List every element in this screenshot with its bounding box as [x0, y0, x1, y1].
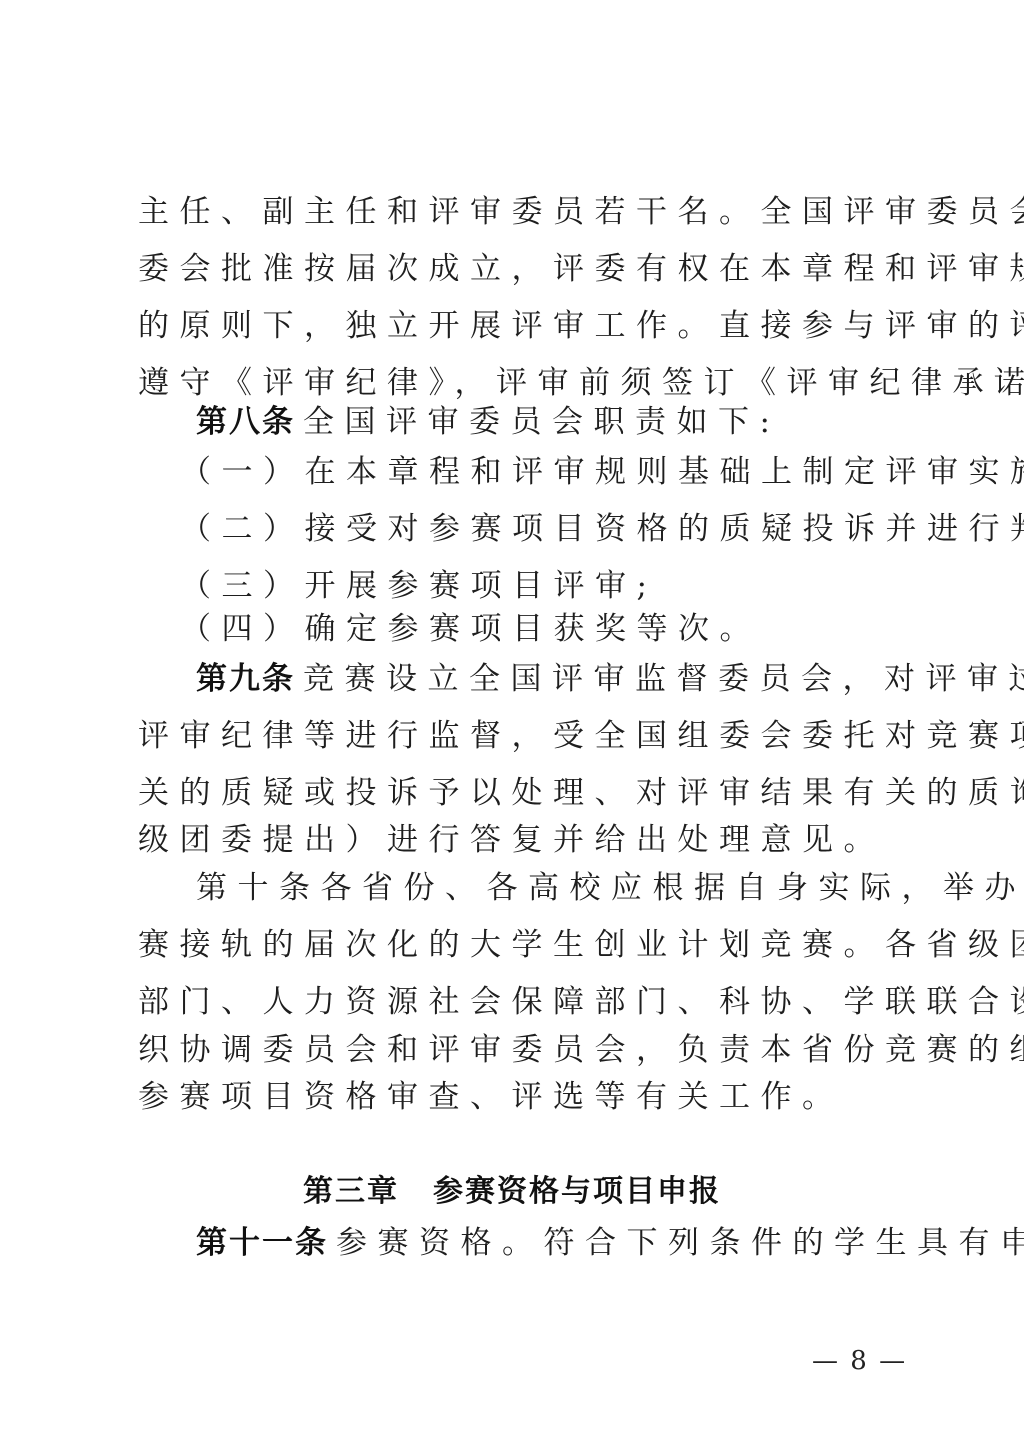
document-page: 主任、副主任和评审委员若干名。全国评审委员会经全国组 委会批准按届次成立，评委有… — [0, 0, 1024, 1448]
list-item: （一）在本章程和评审规则基础上制定评审实施细则; — [180, 452, 960, 492]
article-8: 第八条全国评审委员会职责如下: — [196, 402, 976, 442]
text-line: 委会批准按届次成立，评委有权在本章程和评审规则所规定 — [138, 249, 918, 289]
chapter-heading: 第三章参赛资格与项目申报 — [0, 1172, 1024, 1212]
article-9: 第九条竞赛设立全国评审监督委员会，对评审过程、 — [196, 659, 976, 699]
article-9-heading: 第九条 — [196, 661, 295, 697]
list-item: （四）确定参赛项目获奖等次。 — [180, 609, 960, 649]
text-line: 遵守《评审纪律》，评审前须签订《评审纪律承诺书》。 — [138, 363, 918, 403]
list-item: （二）接受对参赛项目资格的质疑投诉并进行判定; — [180, 509, 960, 549]
chapter-number: 第三章 — [303, 1174, 399, 1209]
text-line: 部门、人力资源社会保障部门、科协、学联联合设立省级组 — [138, 982, 918, 1022]
text-line: 织协调委员会和评审委员会，负责本省份竞赛的组织协调、 — [138, 1030, 918, 1070]
text-line: 赛接轨的届次化的大学生创业计划竞赛。各省级团委、教育 — [138, 925, 918, 965]
article-11-heading: 第十一条 — [196, 1225, 328, 1261]
page-number: — 8 — — [812, 1346, 907, 1376]
chapter-title: 参赛资格与项目申报 — [433, 1174, 721, 1209]
list-item: （三）开展参赛项目评审; — [180, 566, 960, 606]
article-10-first-line: 第十条各省份、各高校应根据自身实际，举办与全国竞 — [196, 868, 976, 908]
text-line: 的原则下，独立开展评审工作。直接参与评审的评委应严格 — [138, 306, 918, 346]
text-line: 关的质疑或投诉予以处理、对评审结果有关的质询（须由省 — [138, 773, 918, 813]
text-line: 评审纪律等进行监督，受全国组委会委托对竞赛项目资格有 — [138, 716, 918, 756]
article-8-text: 全国评审委员会职责如下: — [303, 404, 780, 440]
article-11-first-line: 参赛资格。符合下列条件的学生具有申报项 — [336, 1225, 1024, 1261]
article-9-first-line: 竞赛设立全国评审监督委员会，对评审过程、 — [303, 661, 1024, 697]
text-line: 参赛项目资格审查、评选等有关工作。 — [138, 1077, 918, 1117]
text-line: 级团委提出）进行答复并给出处理意见。 — [138, 820, 918, 860]
article-11: 第十一条参赛资格。符合下列条件的学生具有申报项 — [196, 1223, 976, 1263]
article-8-heading: 第八条 — [196, 404, 295, 440]
text-line: 主任、副主任和评审委员若干名。全国评审委员会经全国组 — [138, 192, 918, 232]
